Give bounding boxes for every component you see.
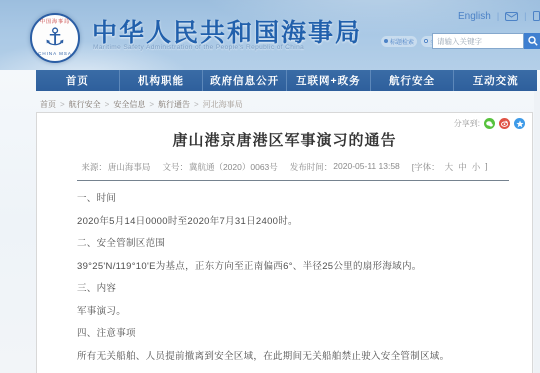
- breadcrumb-home[interactable]: 首页: [40, 99, 56, 110]
- article-card: 分享到: 唐山港京唐港区军事演习的通告 来源： 唐山海事局 文号： 冀航通（20…: [36, 112, 533, 373]
- site-subtitle: Maritime Safety Administration of the Pe…: [93, 44, 304, 51]
- nav-item-gov-info[interactable]: 政府信息公开: [202, 70, 286, 91]
- search-scope-label: 标题检索: [390, 37, 414, 46]
- english-link[interactable]: English: [458, 11, 491, 22]
- nav-item-internet-gov[interactable]: 互联网+政务: [286, 70, 370, 91]
- paragraph-content: 军事演习。: [77, 306, 504, 318]
- breadcrumb-separator: >: [194, 100, 199, 109]
- breadcrumb-safety-info[interactable]: 安全信息: [113, 99, 145, 110]
- radio-unselected-icon: [424, 39, 428, 43]
- magnifier-icon: [528, 36, 538, 46]
- nav-item-home[interactable]: 首页: [36, 70, 119, 91]
- link-separator: |: [497, 11, 499, 21]
- article-title: 唐山港京唐港区军事演习的通告: [37, 129, 532, 150]
- search-area: 标题检索 全文检索: [381, 33, 461, 49]
- nav-item-nav-safety[interactable]: 航行安全: [370, 70, 454, 91]
- meta-doc-no: 文号： 冀航通（2020）0063号: [162, 161, 277, 173]
- font-size-small-button[interactable]: 小: [472, 161, 481, 173]
- main-nav: 首页 机构职能 政府信息公开 互联网+政务 航行安全 互动交流: [36, 70, 537, 91]
- breadcrumb-nav-safety[interactable]: 航行安全: [69, 99, 101, 110]
- meta-divider: [77, 180, 509, 181]
- top-utility-links: English | |: [458, 9, 540, 23]
- breadcrumb-separator: >: [60, 100, 65, 109]
- weibo-share-icon[interactable]: [499, 118, 510, 129]
- wechat-share-icon[interactable]: [484, 118, 495, 129]
- paragraph-notes: 所有无关船舶、人员提前撤离到安全区域，在此期间无关船舶禁止驶入安全管制区域。: [77, 351, 504, 363]
- search-input[interactable]: [432, 33, 524, 49]
- book-icon[interactable]: [533, 11, 540, 21]
- meta-doc-no-label: 文号：: [162, 161, 188, 173]
- qzone-share-icon[interactable]: [514, 118, 525, 129]
- share-row: 分享到:: [454, 118, 525, 129]
- font-label-open: [字体：: [412, 161, 440, 173]
- font-size-medium-button[interactable]: 中: [458, 161, 467, 173]
- meta-source-label: 来源：: [81, 161, 107, 173]
- breadcrumb-separator: >: [105, 100, 110, 109]
- font-label-close: ]: [485, 161, 487, 173]
- meta-publish-value: 2020-05-11 13:58: [333, 161, 399, 173]
- search-scope-option-title[interactable]: 标题检索: [381, 36, 417, 47]
- meta-publish-time: 发布时间： 2020-05-11 13:58: [290, 161, 400, 173]
- breadcrumb: 首页 > 航行安全 > 安全信息 > 航行通告 > 河北海事局: [40, 97, 530, 111]
- meta-publish-label: 发布时间：: [290, 161, 333, 173]
- paragraph-control-zone: 39°25'N/119°10'E为基点，正东方向至正南偏西6°、半径25公里的扇…: [77, 261, 504, 273]
- nav-item-interaction[interactable]: 互动交流: [453, 70, 537, 91]
- font-size-large-button[interactable]: 大: [445, 161, 454, 173]
- paragraph-section-3-heading: 三、内容: [77, 283, 504, 295]
- breadcrumb-hebei-msa: 河北海事局: [203, 99, 243, 110]
- link-separator: |: [524, 11, 526, 21]
- paragraph-section-2-heading: 二、安全管制区范围: [77, 238, 504, 250]
- article-meta: 来源： 唐山海事局 文号： 冀航通（2020）0063号 发布时间： 2020-…: [37, 161, 532, 173]
- paragraph-time-range: 2020年5月14日0000时至2020年7月31日2400时。: [77, 216, 504, 228]
- share-label: 分享到:: [454, 118, 480, 129]
- radio-selected-icon: [384, 39, 388, 43]
- msa-logo: 中国海事局 ⚓ CHINA MSA: [30, 13, 80, 63]
- paragraph-section-1-heading: 一、时间: [77, 193, 504, 205]
- mail-icon[interactable]: [505, 12, 518, 21]
- meta-doc-no-value: 冀航通（2020）0063号: [189, 161, 278, 173]
- logo-bottom-text: CHINA MSA: [38, 51, 72, 56]
- search-button[interactable]: [524, 33, 540, 49]
- nav-item-functions[interactable]: 机构职能: [119, 70, 203, 91]
- article-body: 一、时间 2020年5月14日0000时至2020年7月31日2400时。 二、…: [77, 193, 504, 363]
- anchor-icon: ⚓: [44, 25, 66, 51]
- font-size-control: [字体： 大 中 小 ]: [412, 161, 488, 173]
- site-banner: 中国海事局 ⚓ CHINA MSA 中华人民共和国海事局 Maritime Sa…: [0, 0, 540, 70]
- breadcrumb-notices[interactable]: 航行通告: [158, 99, 190, 110]
- breadcrumb-separator: >: [149, 100, 154, 109]
- page-right-margin: [534, 91, 540, 373]
- meta-source: 来源： 唐山海事局: [81, 161, 150, 173]
- meta-source-value: 唐山海事局: [108, 161, 151, 173]
- paragraph-section-4-heading: 四、注意事项: [77, 328, 504, 340]
